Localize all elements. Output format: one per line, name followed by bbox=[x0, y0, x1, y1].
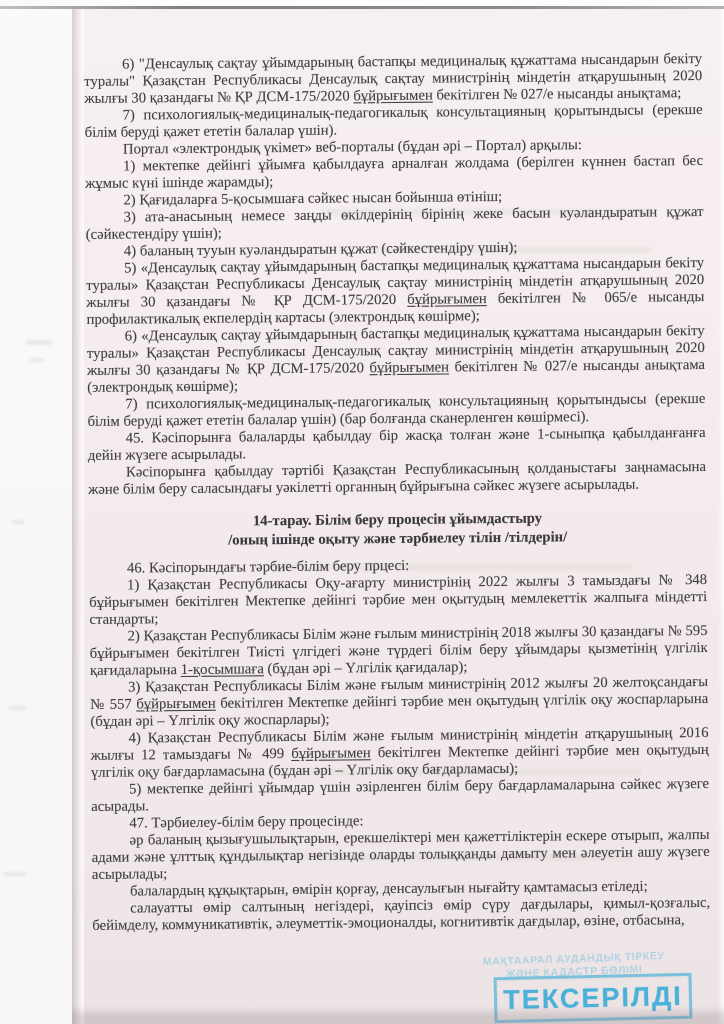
paragraph: 2) Қазақстан Республикасы Білім және ғыл… bbox=[90, 623, 708, 680]
document-body: 6) "Денсаулық сақтау ұйымдарының бастапқ… bbox=[84, 51, 710, 935]
scanned-document: 6) "Денсаулық сақтау ұйымдарының бастапқ… bbox=[0, 0, 724, 1024]
page-fold-shadow bbox=[72, 9, 84, 1024]
bleed-through-mark bbox=[12, 520, 24, 524]
paragraph: 3) Қазақстан Республикасы Білім және ғыл… bbox=[90, 674, 708, 731]
chapter-heading: 14-тарау. Білім беру процесін ұйымдастыр… bbox=[88, 508, 706, 552]
bleed-through-mark bbox=[8, 706, 26, 710]
paragraph: 6) "Денсаулық сақтау ұйымдарының бастапқ… bbox=[84, 51, 702, 108]
bleed-through-mark bbox=[4, 872, 26, 876]
document-page: 6) "Денсаулық сақтау ұйымдарының бастапқ… bbox=[72, 9, 724, 1024]
bleed-through-mark bbox=[30, 358, 44, 362]
bleed-through-mark bbox=[26, 340, 52, 345]
paragraph: әр баланың қызығушылықтарын, ерекшелікте… bbox=[91, 827, 709, 884]
scan-bottom-shadow bbox=[72, 1006, 724, 1024]
paragraph: салауатты өмір салтының негіздері, қауіп… bbox=[92, 895, 710, 935]
paragraph: 4) Қазақстан Республикасы Білім және ғыл… bbox=[90, 725, 708, 782]
paragraph: 5) «Денсаулық сақтау ұйымдарының бастапқ… bbox=[86, 255, 705, 329]
paragraph: Кәсіпорынға қабылдау тәртібі Қазақстан Р… bbox=[88, 459, 706, 499]
page-left-margin bbox=[0, 0, 72, 1024]
paragraph: 1) Қазақстан Республикасы Оқу-ағарту мин… bbox=[89, 572, 707, 629]
paragraph: 6) «Денсаулық сақтау ұйымдарының бастапқ… bbox=[87, 323, 706, 397]
page-right-edge bbox=[718, 9, 724, 1024]
